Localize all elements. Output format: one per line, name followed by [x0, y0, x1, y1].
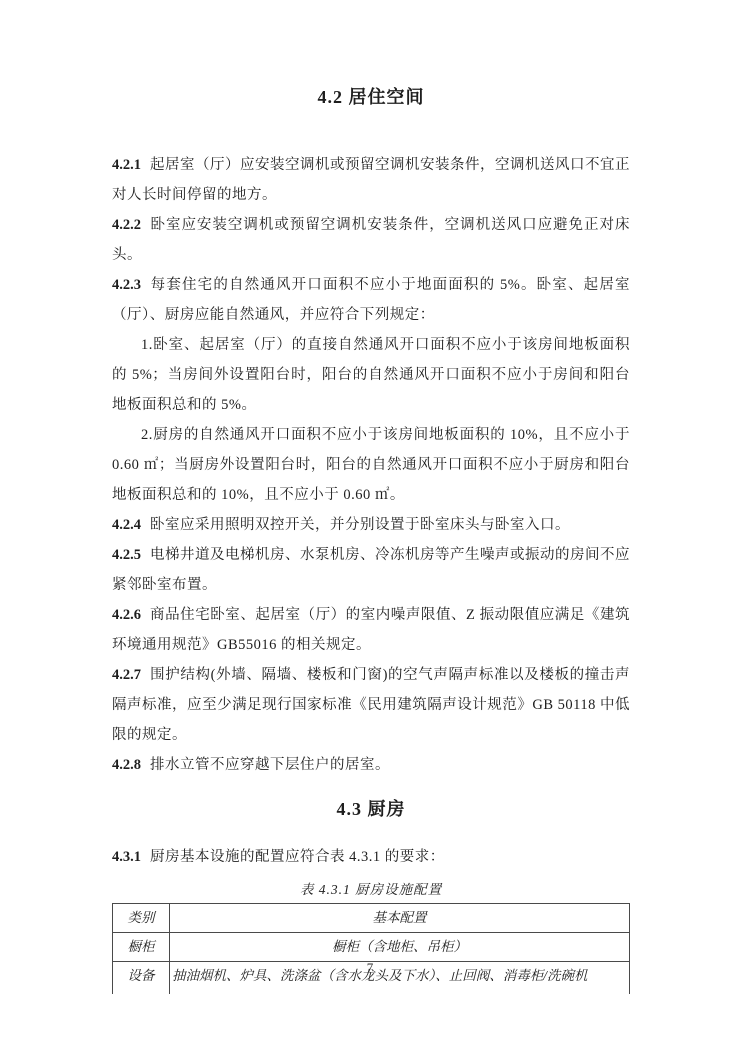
spacer	[112, 780, 630, 798]
row-config-cell: 橱柜（含地柜、吊柜）	[170, 933, 630, 962]
clause-text: 排水立管不应穿越下层住户的居室。	[150, 757, 390, 773]
clause-number: 4.2.2	[112, 217, 141, 233]
clause-text: 电梯井道及电梯机房、水泵机房、冷冻机房等产生噪声或振动的房间不应紧邻卧室布置。	[112, 547, 630, 593]
clause-text: 卧室应采用照明双控开关，并分别设置于卧室床头与卧室入口。	[150, 517, 570, 533]
clause-text: 商品住宅卧室、起居室（厅）的室内噪声限值、Z 振动限值应满足《建筑环境通用规范》…	[112, 607, 630, 653]
header-category-cell: 类别	[113, 904, 170, 933]
kitchen-facilities-table: 类别 基本配置 橱柜 橱柜（含地柜、吊柜） 设备 抽油烟机、炉具、洗涤盆（含水龙…	[112, 903, 630, 994]
clause-number: 4.2.5	[112, 547, 141, 563]
table-row: 橱柜 橱柜（含地柜、吊柜）	[113, 933, 630, 962]
section-heading-4-3: 4.3 厨房	[112, 798, 630, 820]
subclause-1: 1.卧室、起居室（厅）的直接自然通风开口面积不应小于该房间地板面积的 5%；当房…	[112, 330, 630, 420]
clause-4-2-7: 4.2.7围护结构(外墙、隔墙、楼板和门窗)的空气声隔声标准以及楼板的撞击声隔声…	[112, 660, 630, 750]
page-number: 7	[0, 960, 740, 976]
table-header-row: 类别 基本配置	[113, 904, 630, 933]
clause-4-2-5: 4.2.5电梯井道及电梯机房、水泵机房、冷冻机房等产生噪声或振动的房间不应紧邻卧…	[112, 540, 630, 600]
clause-number: 4.2.3	[112, 277, 141, 293]
header-config-cell: 基本配置	[170, 904, 630, 933]
clause-text: 围护结构(外墙、隔墙、楼板和门窗)的空气声隔声标准以及楼板的撞击声隔声标准，应至…	[112, 667, 630, 743]
clause-4-2-3: 4.2.3每套住宅的自然通风开口面积不应小于地面面积的 5%。卧室、起居室（厅）…	[112, 270, 630, 330]
clause-4-3-1: 4.3.1厨房基本设施的配置应符合表 4.3.1 的要求：	[112, 842, 630, 872]
clause-number: 4.2.6	[112, 607, 141, 623]
clause-number: 4.2.7	[112, 667, 141, 683]
section-heading-4-2: 4.2 居住空间	[112, 86, 630, 108]
clause-4-2-8: 4.2.8排水立管不应穿越下层住户的居室。	[112, 750, 630, 780]
clause-4-2-1: 4.2.1起居室（厅）应安装空调机或预留空调机安装条件，空调机送风口不宜正对人长…	[112, 150, 630, 210]
clause-4-2-4: 4.2.4卧室应采用照明双控开关，并分别设置于卧室床头与卧室入口。	[112, 510, 630, 540]
document-page: 4.2 居住空间 4.2.1起居室（厅）应安装空调机或预留空调机安装条件，空调机…	[0, 0, 740, 994]
subclause-2: 2.厨房的自然通风开口面积不应小于该房间地板面积的 10%，且不应小于 0.60…	[112, 420, 630, 510]
spacer	[112, 108, 630, 150]
clause-number: 4.2.1	[112, 157, 141, 173]
clause-text: 每套住宅的自然通风开口面积不应小于地面面积的 5%。卧室、起居室（厅）、厨房应能…	[112, 277, 630, 323]
clause-text: 卧室应安装空调机或预留空调机安装条件，空调机送风口应避免正对床头。	[112, 217, 630, 263]
clause-number: 4.2.8	[112, 757, 141, 773]
clause-text: 起居室（厅）应安装空调机或预留空调机安装条件，空调机送风口不宜正对人长时间停留的…	[112, 157, 630, 203]
spacer	[112, 820, 630, 842]
clause-number: 4.2.4	[112, 517, 141, 533]
row-category-cell: 橱柜	[113, 933, 170, 962]
clause-4-2-6: 4.2.6商品住宅卧室、起居室（厅）的室内噪声限值、Z 振动限值应满足《建筑环境…	[112, 600, 630, 660]
clause-number: 4.3.1	[112, 849, 141, 865]
clause-text: 厨房基本设施的配置应符合表 4.3.1 的要求：	[150, 849, 445, 865]
clause-4-2-2: 4.2.2卧室应安装空调机或预留空调机安装条件，空调机送风口应避免正对床头。	[112, 210, 630, 270]
table-caption: 表 4.3.1 厨房设施配置	[112, 878, 630, 898]
